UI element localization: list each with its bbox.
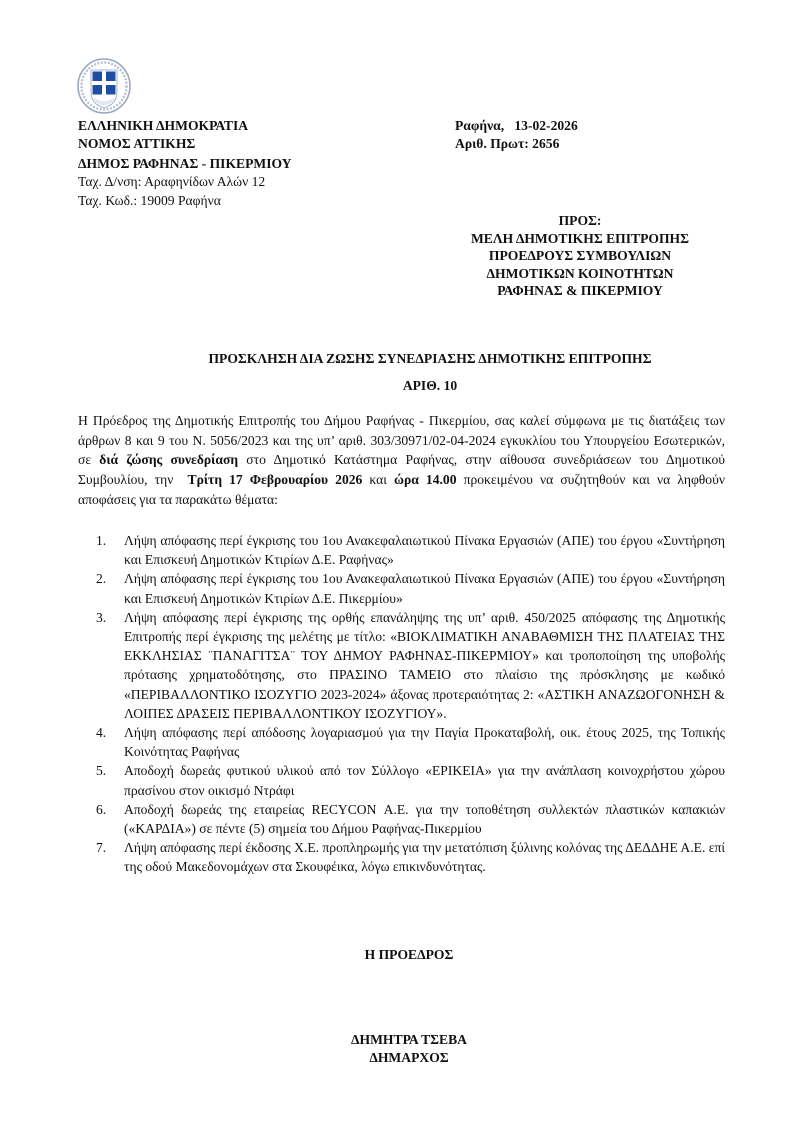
signer-role: ΔΗΜΑΡΧΟΣ: [18, 1049, 800, 1067]
recipient-line: ΜΕΛΗ ΔΗΜΟΤΙΚΗΣ ΕΠΙΤΡΟΠΗΣ: [430, 230, 730, 248]
agenda-item-text: Λήψη απόφασης περί έγκρισης του 1ου Ανακ…: [124, 571, 725, 605]
agenda-item-number: 3.: [96, 608, 106, 627]
recipient-line: ΡΑΦΗΝΑΣ & ΠΙΚΕΡΜΙΟΥ: [430, 282, 730, 300]
sender-municipality: ΔΗΜΟΣ ΡΑΦΗΝΑΣ - ΠΙΚΕΡΜΙΟΥ: [78, 155, 292, 173]
agenda-item: 3.Λήψη απόφασης περί έγκρισης της ορθής …: [96, 608, 725, 723]
protocol-number: Αριθ. Πρωτ: 2656: [455, 135, 578, 153]
document-number: ΑΡΙΘ. 10: [0, 378, 800, 394]
sender-prefecture: ΝΟΜΟΣ ΑΤΤΙΚΗΣ: [78, 135, 292, 153]
signer-block: ΔΗΜΗΤΡΑ ΤΣΕΒΑ ΔΗΜΑΡΧΟΣ: [0, 1031, 800, 1066]
agenda-item-number: 7.: [96, 838, 106, 857]
recipients-block: ΠΡΟΣ: ΜΕΛΗ ΔΗΜΟΤΙΚΗΣ ΕΠΙΤΡΟΠΗΣ ΠΡΟΕΔΡΟΥΣ…: [430, 212, 730, 300]
agenda-item-text: Λήψη απόφασης περί απόδοσης λογαριασμού …: [124, 725, 725, 759]
agenda-list: 1.Λήψη απόφασης περί έγκρισης του 1ου Αν…: [96, 531, 725, 877]
agenda-item: 4.Λήψη απόφασης περί απόδοσης λογαριασμο…: [96, 723, 725, 761]
agenda-item-number: 4.: [96, 723, 106, 742]
agenda-item: 2.Λήψη απόφασης περί έγκρισης του 1ου Αν…: [96, 569, 725, 607]
recipient-line: ΠΡΟΕΔΡΟΥΣ ΣΥΜΒΟΥΛΙΩΝ: [430, 247, 730, 265]
agenda-item-text: Λήψη απόφασης περί έκδοσης Χ.Ε. προπληρω…: [124, 840, 725, 874]
agenda-item-number: 1.: [96, 531, 106, 550]
greek-coat-of-arms-icon: [76, 56, 132, 116]
intro-emphasis-time: ώρα 14.00: [394, 472, 456, 487]
intro-text: και: [362, 472, 394, 487]
agenda-item-number: 6.: [96, 800, 106, 819]
sender-block: ΕΛΛΗΝΙΚΗ ΔΗΜΟΚΡΑΤΙΑ ΝΟΜΟΣ ΑΤΤΙΚΗΣ ΔΗΜΟΣ …: [78, 117, 292, 210]
sender-address: Ταχ. Δ/νση: Αραφηνίδων Αλών 12: [78, 173, 292, 191]
agenda-item-text: Λήψη απόφασης περί έγκρισης της ορθής επ…: [124, 610, 725, 721]
sender-postal-code: Ταχ. Κωδ.: 19009 Ραφήνα: [78, 192, 292, 210]
document-title: ΠΡΟΣΚΛΗΣΗ ΔΙΑ ΖΩΣΗΣ ΣΥΝΕΔΡΙΑΣΗΣ ΔΗΜΟΤΙΚΗ…: [0, 351, 800, 367]
agenda-item: 6. Αποδοχή δωρεάς της εταιρείας RECYCON …: [96, 800, 725, 838]
place-date: Ραφήνα, 13-02-2026: [455, 117, 578, 135]
intro-emphasis-date: Τρίτη 17 Φεβρουαρίου 2026: [188, 472, 363, 487]
agenda-item: 1.Λήψη απόφασης περί έγκρισης του 1ου Αν…: [96, 531, 725, 569]
intro-emphasis-meeting-type: διά ζώσης συνεδρίαση: [99, 452, 238, 467]
recipient-line: ΔΗΜΟΤΙΚΩΝ ΚΟΙΝΟΤΗΤΩΝ: [430, 265, 730, 283]
agenda-item-text: Λήψη απόφασης περί έγκρισης του 1ου Ανακ…: [124, 533, 725, 567]
agenda-item-text: Αποδοχή δωρεάς της εταιρείας RECYCON Α.Ε…: [124, 802, 725, 836]
agenda-item-number: 5.: [96, 761, 106, 780]
document-meta: Ραφήνα, 13-02-2026 Αριθ. Πρωτ: 2656: [455, 117, 578, 152]
agenda-item-text: Αποδοχή δωρεάς φυτικού υλικού από τον Σύ…: [124, 763, 725, 797]
intro-paragraph: Η Πρόεδρος της Δημοτικής Επιτροπής του Δ…: [78, 411, 725, 510]
signer-name: ΔΗΜΗΤΡΑ ΤΣΕΒΑ: [18, 1031, 800, 1049]
signoff-title: Η ΠΡΟΕΔΡΟΣ: [0, 947, 800, 963]
sender-country: ΕΛΛΗΝΙΚΗ ΔΗΜΟΚΡΑΤΙΑ: [78, 117, 292, 135]
agenda-item: 7.Λήψη απόφασης περί έκδοσης Χ.Ε. προπλη…: [96, 838, 725, 876]
agenda-item-number: 2.: [96, 569, 106, 588]
agenda-item: 5.Αποδοχή δωρεάς φυτικού υλικού από τον …: [96, 761, 725, 799]
recipients-label: ΠΡΟΣ:: [430, 212, 730, 230]
